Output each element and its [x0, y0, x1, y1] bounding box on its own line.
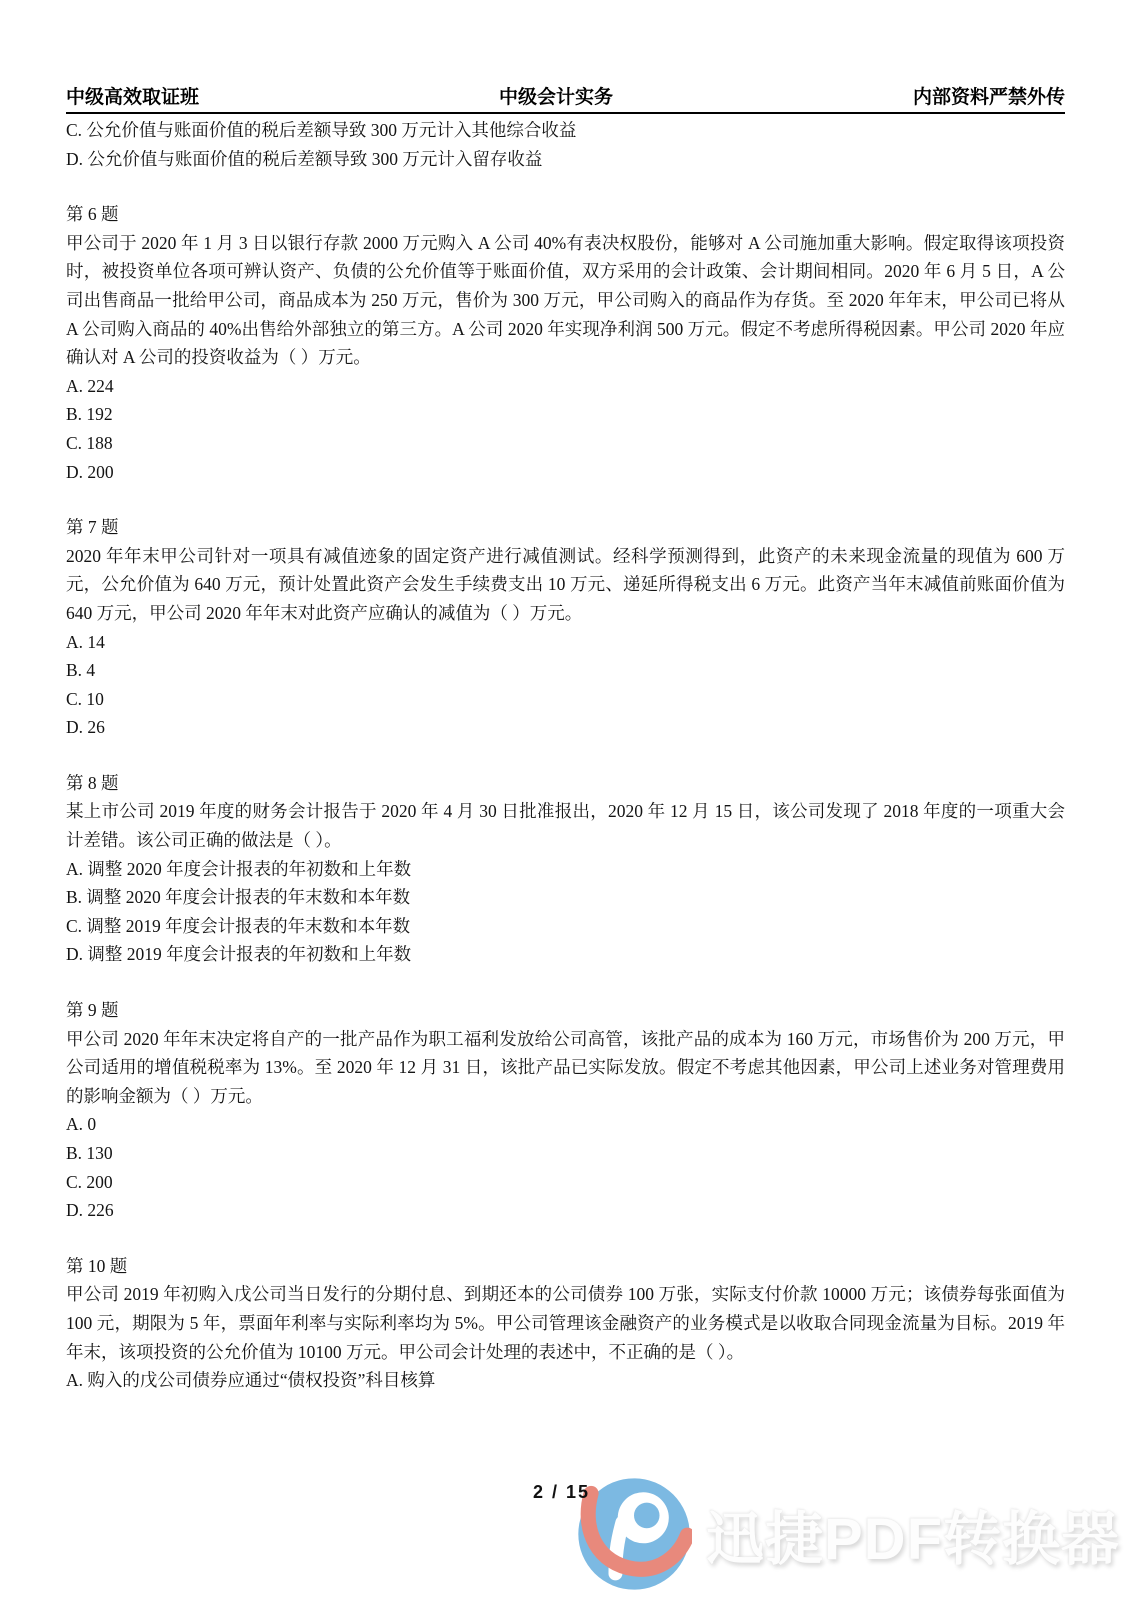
- header-confidential-notice: 内部资料严禁外传: [913, 82, 1065, 109]
- option-line: B. 调整 2020 年度会计报表的年末数和本年数: [66, 883, 1065, 912]
- option-line: B. 4: [66, 656, 1065, 685]
- option-line: A. 购入的戊公司债券应通过“债权投资”科目核算: [66, 1366, 1065, 1395]
- option-line: D. 200: [66, 458, 1065, 487]
- option-line: A. 14: [66, 628, 1065, 657]
- question-title: 第 6 题: [66, 200, 1065, 229]
- question-title: 第 9 题: [66, 996, 1065, 1025]
- question-title: 第 7 题: [66, 513, 1065, 542]
- question-body: 甲公司 2019 年初购入戊公司当日发行的分期付息、到期还本的公司债券 100 …: [66, 1280, 1065, 1366]
- option-line: A. 调整 2020 年度会计报表的年初数和上年数: [66, 855, 1065, 884]
- page-header: 中级高效取证班 中级会计实务 内部资料严禁外传: [66, 82, 1065, 109]
- question-body: 某上市公司 2019 年度的财务会计报告于 2020 年 4 月 30 日批准报…: [66, 797, 1065, 854]
- option-line: A. 0: [66, 1110, 1065, 1139]
- pdf-converter-logo-icon: [576, 1476, 692, 1592]
- option-line: D. 调整 2019 年度会计报表的年初数和上年数: [66, 940, 1065, 969]
- question-block: 第 7 题2020 年年末甲公司针对一项具有减值迹象的固定资产进行减值测试。经科…: [66, 513, 1065, 742]
- question-title: 第 10 题: [66, 1252, 1065, 1281]
- document-page: 中级高效取证班 中级会计实务 内部资料严禁外传 C. 公允价值与账面价值的税后差…: [0, 0, 1131, 1600]
- option-line: D. 226: [66, 1196, 1065, 1225]
- question-content: C. 公允价值与账面价值的税后差额导致 300 万元计入其他综合收益D. 公允价…: [66, 116, 1065, 1395]
- option-line: A. 224: [66, 372, 1065, 401]
- option-line: D. 公允价值与账面价值的税后差额导致 300 万元计入留存收益: [66, 145, 1065, 174]
- option-line: C. 200: [66, 1168, 1065, 1197]
- option-line: B. 130: [66, 1139, 1065, 1168]
- watermark: 迅捷PDF转换器: [576, 1476, 1120, 1592]
- watermark-text: 迅捷PDF转换器: [706, 1492, 1120, 1576]
- page-number: 2 / 15: [533, 1482, 590, 1503]
- question-block: 第 6 题甲公司于 2020 年 1 月 3 日以银行存款 2000 万元购入 …: [66, 200, 1065, 486]
- header-subject-title: 中级会计实务: [499, 82, 613, 109]
- question-block: 第 10 题甲公司 2019 年初购入戊公司当日发行的分期付息、到期还本的公司债…: [66, 1252, 1065, 1395]
- option-line: C. 公允价值与账面价值的税后差额导致 300 万元计入其他综合收益: [66, 116, 1065, 145]
- header-divider: [66, 112, 1065, 114]
- question-title: 第 8 题: [66, 769, 1065, 798]
- question-body: 甲公司于 2020 年 1 月 3 日以银行存款 2000 万元购入 A 公司 …: [66, 229, 1065, 372]
- option-line: C. 10: [66, 685, 1065, 714]
- option-line: C. 188: [66, 429, 1065, 458]
- header-course-name: 中级高效取证班: [66, 82, 199, 109]
- question-body: 2020 年年末甲公司针对一项具有减值迹象的固定资产进行减值测试。经科学预测得到…: [66, 542, 1065, 628]
- question-body: 甲公司 2020 年年末决定将自产的一批产品作为职工福利发放给公司高管，该批产品…: [66, 1025, 1065, 1111]
- option-line: B. 192: [66, 400, 1065, 429]
- option-line: C. 调整 2019 年度会计报表的年末数和本年数: [66, 912, 1065, 941]
- question-block: 第 9 题甲公司 2020 年年末决定将自产的一批产品作为职工福利发放给公司高管…: [66, 996, 1065, 1225]
- question-block: 第 8 题某上市公司 2019 年度的财务会计报告于 2020 年 4 月 30…: [66, 769, 1065, 969]
- option-line: D. 26: [66, 713, 1065, 742]
